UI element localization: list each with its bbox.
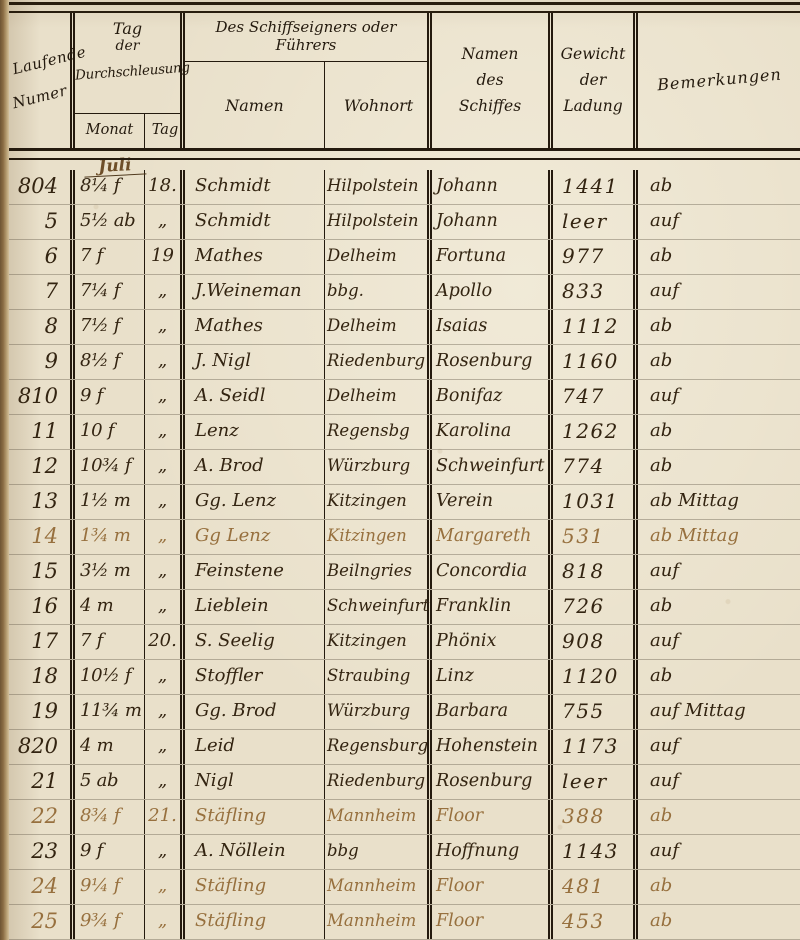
cell-wohnort: bbg. [325,275,432,309]
cell-name: Schmidt [185,170,325,204]
cell-schiff: Floor [432,905,553,939]
cell-schiff: Phönix [432,625,553,659]
cell-zeit: 9 f [75,835,145,869]
cell-zeit: 5 ab [75,765,145,799]
cell-ladung: 1112 [553,310,638,344]
cell-nr: 19 [8,695,75,729]
table-row: 87½ f„MathesDelheimIsaias1112ab [8,310,800,345]
cell-ladung: 531 [553,520,638,554]
cell-bemerkung: ab [638,415,800,449]
cell-bemerkung: ab [638,450,800,484]
cell-name: Gg. Brod [185,695,325,729]
cell-wohnort: Mannheim [325,870,432,904]
cell-name: Mathes [185,240,325,274]
cell-bemerkung: auf [638,765,800,799]
table-header: Laufende Numer Tag der Durchschleusung M… [8,11,800,148]
table-row: 8204 m„LeidRegensburgHohenstein1173auf [8,730,800,765]
cell-wohnort: Regensbg [325,415,432,449]
cell-name: S. Seelig [185,625,325,659]
cell-zeit: 3½ m [75,555,145,589]
table-row: 131½ m„Gg. LenzKitzingenVerein1031ab Mit… [8,485,800,520]
cell-schiff: Linz [432,660,553,694]
cell-nr: 22 [8,800,75,834]
table-row: 215 ab„NiglRiedenburgRosenburgleerauf [8,765,800,800]
cell-bemerkung: ab [638,345,800,379]
cell-nr: 12 [8,450,75,484]
cell-name: Stäfling [185,870,325,904]
cell-nr: 23 [8,835,75,869]
table-row: 8109 f„A. SeidlDelheimBonifaz747auf [8,380,800,415]
cell-tag: „ [145,870,185,904]
header-laufende-line2: Numer [7,80,72,112]
cell-ladung: 774 [553,450,638,484]
table-row: 177 f20.S. SeeligKitzingenPhönix908auf [8,625,800,660]
cell-wohnort: Schweinfurt [325,590,432,624]
cell-name: Stäfling [185,905,325,939]
cell-wohnort: Riedenburg [325,345,432,379]
cell-schiff: Verein [432,485,553,519]
header-schiffer-line1: Des Schiffseigners oder [185,18,427,36]
cell-tag: „ [145,450,185,484]
cell-schiff: Apollo [432,275,553,309]
cell-bemerkung: ab [638,170,800,204]
cell-schiff: Isaias [432,310,553,344]
header-schiff-line3: Schiffes [432,97,548,115]
cell-tag: „ [145,590,185,624]
header-tag-line1: Tag [75,19,180,38]
cell-schiff: Franklin [432,590,553,624]
cell-name: Gg Lenz [185,520,325,554]
cell-nr: 18 [8,660,75,694]
header-sub-wohnort: Wohnort [325,62,432,148]
header-schiff-line1: Namen [432,45,548,63]
cell-bemerkung: ab [638,240,800,274]
header-bemerkungen: Bemerkungen [638,11,800,148]
cell-tag: „ [145,310,185,344]
cell-ladung: 481 [553,870,638,904]
cell-bemerkung: auf [638,205,800,239]
cell-tag: 19 [145,240,185,274]
cell-name: Schmidt [185,205,325,239]
cell-tag: „ [145,660,185,694]
cell-nr: 14 [8,520,75,554]
cell-bemerkung: ab [638,905,800,939]
cell-schiff: Hoffnung [432,835,553,869]
cell-ladung: 388 [553,800,638,834]
cell-nr: 17 [8,625,75,659]
header-laufende-numer: Laufende Numer [8,11,75,148]
cell-wohnort: Regensburg [325,730,432,764]
cell-schiff: Margareth [432,520,553,554]
cell-schiff: Floor [432,870,553,904]
cell-name: A. Brod [185,450,325,484]
header-schiffer-line2: Führers [185,36,427,54]
cell-ladung: 977 [553,240,638,274]
header-gewicht-line2: der [553,71,633,89]
cell-wohnort: Kitzingen [325,625,432,659]
table-row: 164 m„LiebleinSchweinfurtFranklin726ab [8,590,800,625]
cell-zeit: 9¼ f [75,870,145,904]
cell-tag: „ [145,205,185,239]
cell-wohnort: Würzburg [325,695,432,729]
header-tag-line2: der [75,38,180,54]
cell-tag: „ [145,835,185,869]
cell-tag: „ [145,275,185,309]
cell-nr: 6 [8,240,75,274]
header-schiff-line2: des [432,71,548,89]
cell-ladung: 1120 [553,660,638,694]
cell-name: Feinstene [185,555,325,589]
cell-tag: „ [145,695,185,729]
cell-bemerkung: auf [638,555,800,589]
cell-zeit: 9 f [75,380,145,414]
cell-ladung: 453 [553,905,638,939]
cell-wohnort: Mannheim [325,800,432,834]
header-gewicht: Gewicht der Ladung [553,11,638,148]
cell-name: Stäfling [185,800,325,834]
cell-name: J.Weineman [185,275,325,309]
cell-tag: „ [145,345,185,379]
table-row: 98½ f„J. NiglRiedenburgRosenburg1160ab [8,345,800,380]
cell-bemerkung: auf [638,730,800,764]
cell-name: J. Nigl [185,345,325,379]
cell-wohnort: bbg [325,835,432,869]
cell-ladung: 1160 [553,345,638,379]
cell-bemerkung: ab [638,800,800,834]
cell-nr: 11 [8,415,75,449]
cell-nr: 13 [8,485,75,519]
cell-name: A. Nöllein [185,835,325,869]
cell-tag: „ [145,485,185,519]
cell-nr: 7 [8,275,75,309]
cell-bemerkung: auf Mittag [638,695,800,729]
cell-wohnort: Beilngries [325,555,432,589]
header-laufende-line1: Laufende [7,46,72,78]
header-gewicht-line1: Gewicht [553,45,633,63]
cell-name: Lieblein [185,590,325,624]
cell-schiff: Concordia [432,555,553,589]
cell-zeit: 8½ f [75,345,145,379]
cell-ladung: 747 [553,380,638,414]
cell-schiff: Rosenburg [432,765,553,799]
cell-schiff: Johann [432,205,553,239]
header-sub-namen: Namen [185,62,325,148]
cell-schiff: Hohenstein [432,730,553,764]
table-row: 1110 f„LenzRegensbgKarolina1262ab [8,415,800,450]
cell-name: Lenz [185,415,325,449]
cell-zeit: 9¾ f [75,905,145,939]
table-row: 141¾ m„Gg LenzKitzingenMargareth531ab Mi… [8,520,800,555]
cell-wohnort: Hilpolstein [325,205,432,239]
cell-zeit: 7½ f [75,310,145,344]
cell-nr: 15 [8,555,75,589]
cell-ladung: 755 [553,695,638,729]
cell-ladung: 833 [553,275,638,309]
cell-tag: „ [145,555,185,589]
cell-bemerkung: ab Mittag [638,520,800,554]
cell-ladung: leer [553,205,638,239]
cell-tag: „ [145,730,185,764]
header-sub-monat: Monat [75,114,145,148]
table-row: 1210¾ f„A. BrodWürzburgSchweinfurt774ab [8,450,800,485]
cell-wohnort: Kitzingen [325,485,432,519]
cell-schiff: Bonifaz [432,380,553,414]
cell-bemerkung: ab Mittag [638,485,800,519]
cell-bemerkung: auf [638,380,800,414]
cell-zeit: 11¾ m [75,695,145,729]
header-schiffsname: Namen des Schiffes [432,11,553,148]
header-gewicht-line3: Ladung [553,97,633,115]
header-tag-der-durchschleusung: Tag der Durchschleusung Monat Tag [75,11,185,148]
cell-wohnort: Hilpolstein [325,170,432,204]
cell-bemerkung: ab [638,310,800,344]
table-row: 259¾ f„StäflingMannheimFloor453ab [8,905,800,940]
cell-schiff: Schweinfurt [432,450,553,484]
book-binding-edge [0,0,9,940]
cell-bemerkung: ab [638,660,800,694]
cell-zeit: 1¾ m [75,520,145,554]
cell-tag: „ [145,380,185,414]
cell-bemerkung: auf [638,625,800,659]
cell-bemerkung: ab [638,870,800,904]
cell-zeit: 7¼ f [75,275,145,309]
cell-zeit: 10 f [75,415,145,449]
cell-zeit: 8¾ f [75,800,145,834]
cell-ladung: 726 [553,590,638,624]
cell-tag: „ [145,415,185,449]
cell-ladung: leer [553,765,638,799]
cell-wohnort: Delheim [325,380,432,414]
cell-wohnort: Delheim [325,240,432,274]
cell-wohnort: Delheim [325,310,432,344]
cell-zeit: 5½ ab [75,205,145,239]
cell-name: Leid [185,730,325,764]
cell-nr: 25 [8,905,75,939]
cell-tag: 18. [145,170,185,204]
cell-schiff: Karolina [432,415,553,449]
cell-ladung: 818 [553,555,638,589]
cell-ladung: 1262 [553,415,638,449]
cell-zeit: 1½ m [75,485,145,519]
cell-wohnort: Mannheim [325,905,432,939]
cell-nr: 804 [8,170,75,204]
header-schiffseigner: Des Schiffseigners oder Führers Namen Wo… [185,11,432,148]
cell-ladung: 1031 [553,485,638,519]
cell-schiff: Fortuna [432,240,553,274]
cell-nr: 16 [8,590,75,624]
cell-ladung: 1143 [553,835,638,869]
cell-name: Mathes [185,310,325,344]
cell-name: Nigl [185,765,325,799]
cell-bemerkung: ab [638,590,800,624]
header-bemerkungen-label: Bemerkungen [656,65,782,95]
cell-name: A. Seidl [185,380,325,414]
table-row: 249¼ f„StäflingMannheimFloor481ab [8,870,800,905]
cell-nr: 810 [8,380,75,414]
cell-bemerkung: auf [638,835,800,869]
table-top-border [0,2,800,13]
header-tag-line3: Durchschleusung [75,60,181,83]
cell-nr: 820 [8,730,75,764]
cell-ladung: 1441 [553,170,638,204]
table-body: 8048¼ f18.SchmidtHilpolsteinJohann1441ab… [0,155,800,940]
table-row: 153½ m„FeinsteneBeilngriesConcordia818au… [8,555,800,590]
cell-schiff: Barbara [432,695,553,729]
table-row: 67 f19MathesDelheimFortuna977ab [8,240,800,275]
cell-tag: 21. [145,800,185,834]
cell-wohnort: Kitzingen [325,520,432,554]
table-row: 239 f„A. NölleinbbgHoffnung1143auf [8,835,800,870]
cell-wohnort: Straubing [325,660,432,694]
table-row: 1810½ f„StofflerStraubingLinz1120ab [8,660,800,695]
cell-name: Stoffler [185,660,325,694]
cell-zeit: 10¾ f [75,450,145,484]
table-row: 55½ ab„SchmidtHilpolsteinJohannleerauf [8,205,800,240]
cell-nr: 9 [8,345,75,379]
cell-tag: 20. [145,625,185,659]
cell-nr: 24 [8,870,75,904]
cell-schiff: Johann [432,170,553,204]
cell-tag: „ [145,765,185,799]
table-row: 1911¾ m„Gg. BrodWürzburgBarbara755auf Mi… [8,695,800,730]
cell-nr: 5 [8,205,75,239]
cell-zeit: 4 m [75,730,145,764]
cell-zeit: 7 f [75,240,145,274]
cell-ladung: 1173 [553,730,638,764]
cell-tag: „ [145,520,185,554]
cell-schiff: Floor [432,800,553,834]
header-divider-rule [0,148,800,160]
cell-name: Gg. Lenz [185,485,325,519]
cell-nr: 21 [8,765,75,799]
table-row: 228¾ f21.StäflingMannheimFloor388ab [8,800,800,835]
cell-wohnort: Riedenburg [325,765,432,799]
cell-zeit: 7 f [75,625,145,659]
table-row: 77¼ f„J.Weinemanbbg.Apollo833auf [8,275,800,310]
cell-bemerkung: auf [638,275,800,309]
cell-wohnort: Würzburg [325,450,432,484]
cell-nr: 8 [8,310,75,344]
cell-zeit: 10½ f [75,660,145,694]
cell-zeit: 4 m [75,590,145,624]
cell-schiff: Rosenburg [432,345,553,379]
ledger-page: Laufende Numer Tag der Durchschleusung M… [0,0,800,940]
cell-ladung: 908 [553,625,638,659]
header-sub-tag: Tag [145,114,185,148]
cell-tag: „ [145,905,185,939]
